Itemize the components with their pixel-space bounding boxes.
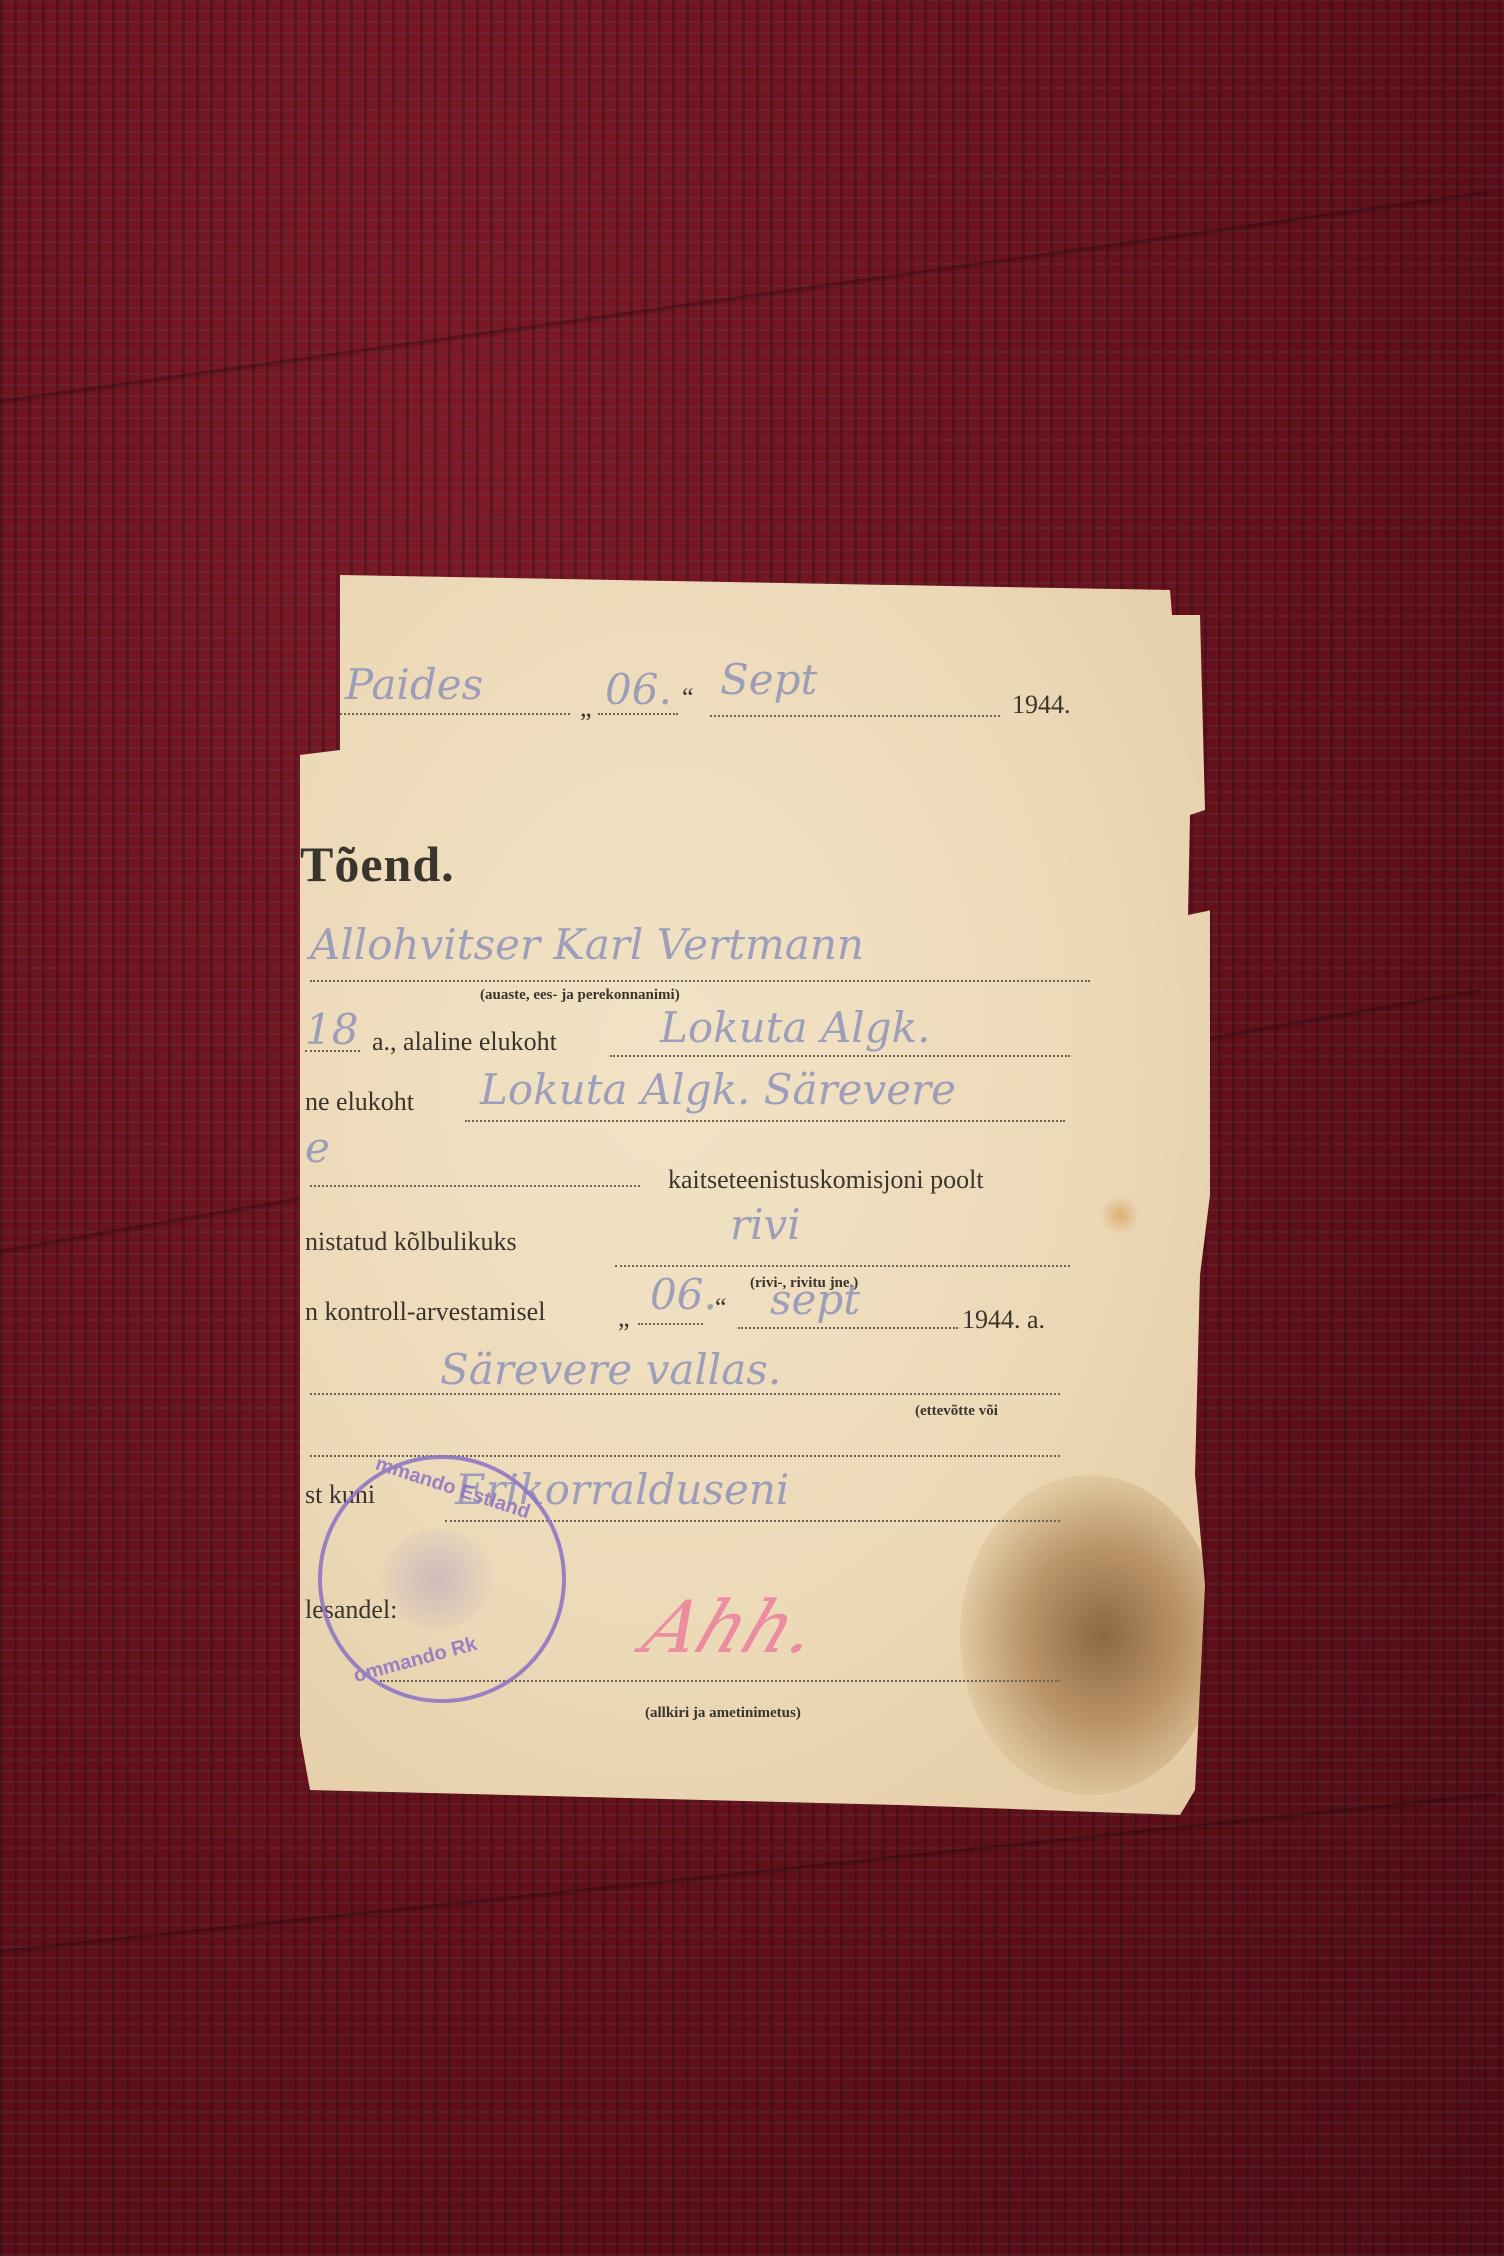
commission-line bbox=[310, 1185, 640, 1187]
temporary-residence-continuation: e bbox=[305, 1123, 330, 1172]
control-quote-close: “ bbox=[715, 1293, 727, 1323]
name-caption: (auaste, ees- ja perekonnanimi) bbox=[480, 987, 680, 1004]
location-caption: (ettevõtte või bbox=[915, 1403, 998, 1420]
stamp-top-text: mmando Estland bbox=[372, 1453, 532, 1525]
location-line bbox=[310, 1393, 1060, 1395]
control-month-line bbox=[738, 1327, 958, 1329]
fabric-fold bbox=[0, 191, 1490, 406]
fitness-label: nistatud kõlbulikuks bbox=[305, 1227, 517, 1257]
name-line bbox=[310, 980, 1090, 982]
header-day-line bbox=[598, 713, 678, 715]
birth-year-line bbox=[305, 1050, 360, 1052]
header-place-line bbox=[340, 713, 570, 715]
header-day: 06. bbox=[605, 665, 672, 714]
control-day: 06. bbox=[650, 1270, 717, 1319]
header-quote-close: “ bbox=[682, 683, 694, 713]
control-year: 1944. a. bbox=[962, 1305, 1045, 1335]
rust-spot bbox=[1100, 1195, 1140, 1235]
permanent-residence-line bbox=[610, 1055, 1070, 1057]
location-value: Särevere vallas. bbox=[440, 1345, 781, 1394]
fitness-value: rivi bbox=[730, 1200, 801, 1249]
temporary-residence-value: Lokuta Algk. Särevere bbox=[480, 1065, 956, 1114]
header-year: 1944. bbox=[1012, 690, 1071, 720]
official-stamp: mmando Estland ommando Rk bbox=[318, 1455, 566, 1703]
stamp-bottom-text: ommando Rk bbox=[351, 1633, 479, 1688]
fabric-fold bbox=[0, 1793, 1496, 1956]
water-stain bbox=[960, 1475, 1220, 1795]
temporary-residence-line bbox=[465, 1120, 1065, 1122]
certificate-document: Paides „ 06. “ Sept 1944. Tõend. Allohvi… bbox=[300, 575, 1210, 1815]
fitness-line bbox=[615, 1265, 1070, 1267]
name-value: Allohvitser Karl Vertmann bbox=[310, 920, 864, 969]
stamp-emblem-icon bbox=[382, 1529, 492, 1629]
document-title: Tõend. bbox=[300, 835, 455, 893]
control-quote-open: „ bbox=[618, 1303, 630, 1333]
header-month: Sept bbox=[720, 655, 817, 704]
permanent-residence-value: Lokuta Algk. bbox=[660, 1003, 930, 1052]
commission-label: kaitseteenistuskomisjoni poolt bbox=[668, 1165, 984, 1195]
signature-caption: (allkiri ja ametinimetus) bbox=[645, 1705, 801, 1722]
control-day-line bbox=[638, 1323, 703, 1325]
temporary-residence-label: ne elukoht bbox=[305, 1087, 414, 1117]
birth-year-value: 18 bbox=[305, 1005, 358, 1054]
permanent-residence-label: a., alaline elukoht bbox=[372, 1027, 557, 1057]
control-registration-label: n kontroll-arvestamisel bbox=[305, 1297, 545, 1327]
header-quote-open: „ bbox=[580, 693, 592, 723]
header-month-line bbox=[710, 715, 1000, 717]
signature-value: Ahh. bbox=[627, 1585, 983, 1685]
header-place: Paides bbox=[345, 660, 483, 709]
control-month: sept bbox=[770, 1275, 860, 1324]
